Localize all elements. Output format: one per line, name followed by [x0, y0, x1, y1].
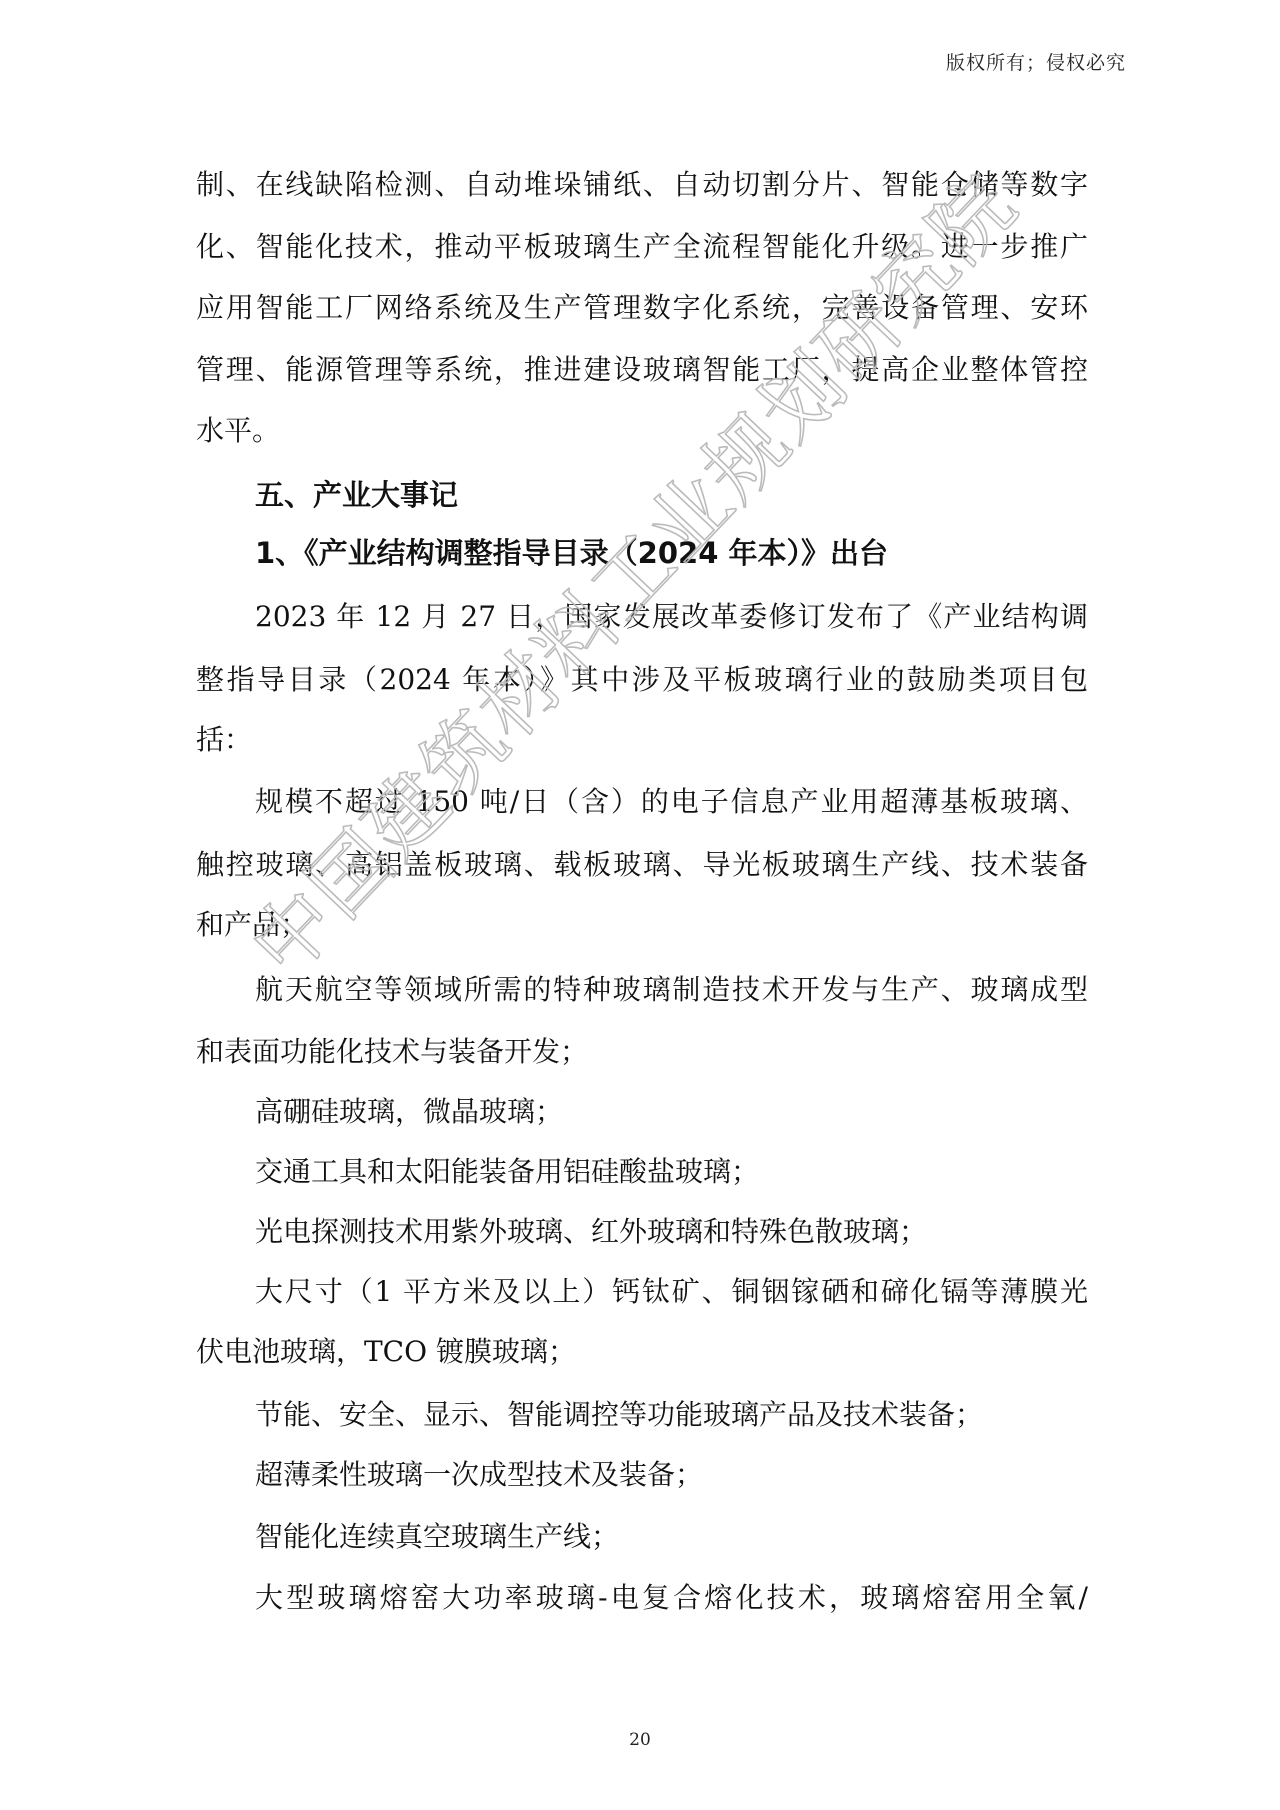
list-item-line: 和表面功能化技术与装备开发；	[196, 1032, 1088, 1072]
list-item-line: 触控玻璃、高铝盖板玻璃、载板玻璃、导光板玻璃生产线、技术装备	[196, 845, 1088, 885]
body-line: 整指导目录（2024 年本）》其中涉及平板玻璃行业的鼓励类项目包	[196, 660, 1088, 700]
body-line: 制、在线缺陷检测、自动堆垛铺纸、自动切割分片、智能仓储等数字	[196, 165, 1088, 205]
body-line: 2023 年 12 月 27 日，国家发展改革委修订发布了《产业结构调	[255, 597, 1088, 637]
list-item-line: 节能、安全、显示、智能调控等功能玻璃产品及技术装备；	[255, 1395, 1088, 1435]
body-line: 化、智能化技术，推动平板玻璃生产全流程智能化升级。进一步推广	[196, 227, 1088, 267]
body-line: 应用智能工厂网络系统及生产管理数字化系统，完善设备管理、安环	[196, 288, 1088, 328]
list-item-line: 航天航空等领域所需的特种玻璃制造技术开发与生产、玻璃成型	[255, 970, 1088, 1010]
list-item-line: 高硼硅玻璃，微晶玻璃；	[255, 1092, 1088, 1132]
body-line: 管理、能源管理等系统，推进建设玻璃智能工厂，提高企业整体管控	[196, 350, 1088, 390]
page-number: 20	[0, 1730, 1280, 1750]
list-item-line: 大尺寸（1 平方米及以上）钙钛矿、铜铟镓硒和碲化镉等薄膜光	[255, 1272, 1088, 1312]
subsection-heading: 1、《产业结构调整指导目录（2024 年本）》出台	[255, 533, 888, 573]
list-item-line: 交通工具和太阳能装备用铝硅酸盐玻璃；	[255, 1152, 1088, 1192]
body-line: 水平。	[196, 411, 1088, 451]
section-heading: 五、产业大事记	[255, 475, 458, 515]
body-line: 括：	[196, 720, 1088, 760]
list-item-line: 光电探测技术用紫外玻璃、红外玻璃和特殊色散玻璃；	[255, 1212, 1088, 1252]
list-item-line: 超薄柔性玻璃一次成型技术及装备；	[255, 1455, 1088, 1495]
list-item-line: 大型玻璃熔窑大功率玻璃-电复合熔化技术，玻璃熔窑用全氧/	[255, 1578, 1088, 1618]
list-item-line: 规模不超过 150 吨/日（含）的电子信息产业用超薄基板玻璃、	[255, 782, 1088, 822]
document-page: 版权所有；侵权必究 制、在线缺陷检测、自动堆垛铺纸、自动切割分片、智能仓储等数字…	[0, 0, 1280, 1810]
list-item-line: 智能化连续真空玻璃生产线；	[255, 1517, 1088, 1557]
list-item-line: 和产品；	[196, 905, 1088, 945]
copyright-notice: 版权所有；侵权必究	[946, 48, 1126, 75]
list-item-line: 伏电池玻璃，TCO 镀膜玻璃；	[196, 1332, 1088, 1372]
